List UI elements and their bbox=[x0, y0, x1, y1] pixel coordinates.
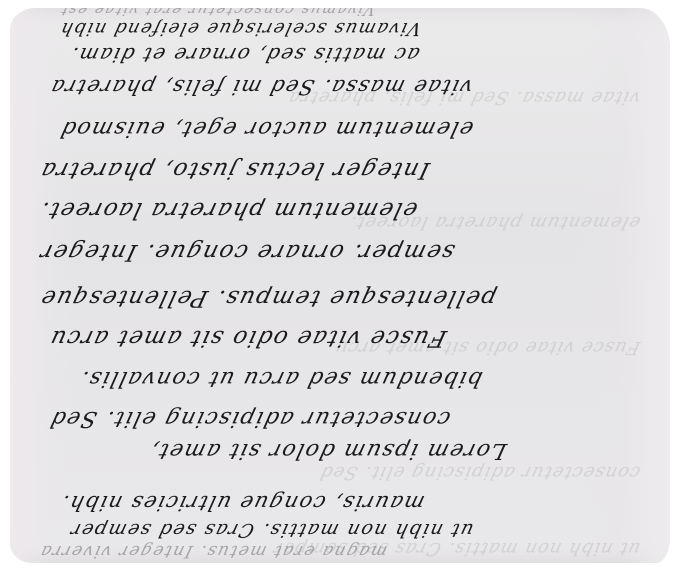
handwriting-line: elementum auctor eget, euismod bbox=[57, 116, 476, 141]
handwriting-line: vitae massa. Sed mi felis, pharetra bbox=[47, 75, 475, 99]
handwriting-line: Integer lectus justo, pharetra bbox=[37, 157, 432, 183]
handwriting-line: pellentesque tempus. Pellentesque bbox=[37, 285, 499, 311]
handwriting-line: mauris, congue ultricies nibh. bbox=[57, 491, 427, 515]
handwriting-line: ut nibh non mattis. Cras sed semper bbox=[67, 519, 476, 541]
handwriting-line: consectetur adipiscing elit. Sed bbox=[47, 406, 453, 431]
handwriting-line: bibendum sed arcu ut convallis. bbox=[77, 366, 485, 391]
handwriting-print: ut nibh non mattis. Cras sed semper magn… bbox=[40, 8, 640, 563]
paper-tape-roll: ut nibh non mattis. Cras sed semper magn… bbox=[10, 8, 670, 563]
handwriting-line: ac mattis sed, ornare et diam. bbox=[67, 43, 422, 67]
handwriting-line: magna erat metus. Integer viverra bbox=[38, 541, 390, 561]
handwriting-line: Fusce vitae odio sit amet arcu bbox=[47, 325, 450, 351]
handwriting-line: elementum pharetra laoreet. bbox=[37, 197, 421, 223]
handwriting-line: Lorem ipsum dolor sit amet, bbox=[147, 438, 510, 463]
handwriting-line: Vivamus consectetur erat vitae est bbox=[58, 8, 378, 19]
handwriting-line: Vivamus scelerisque eleifend nibh bbox=[57, 18, 424, 39]
product-photo: ut nibh non mattis. Cras sed semper magn… bbox=[0, 0, 679, 579]
bleed-through-text: consectetur adipiscing elit. Sed bbox=[37, 462, 642, 483]
handwriting-line: semper. ornare congue. Integer bbox=[37, 239, 458, 265]
